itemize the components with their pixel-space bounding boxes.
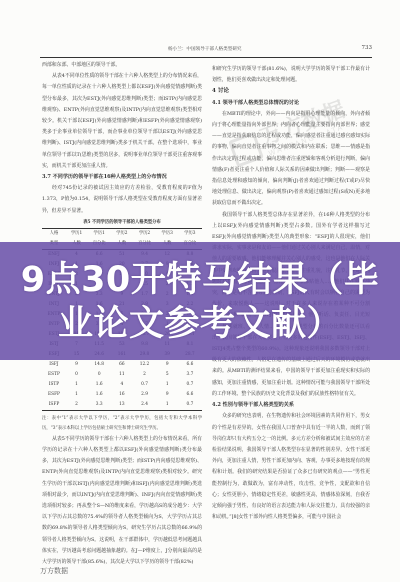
footer-logo: 万方数据 [40, 566, 68, 576]
table-header-cell: 学历3 [178, 228, 202, 239]
table-header-cell: 学历1 [66, 228, 87, 239]
table-cell: 0.7 [132, 380, 156, 390]
table-header-cell: 人格 [42, 228, 66, 239]
paragraph: 在MBTI的理论中，外向——内向是指用心理能量的倾向，外向者倾向于将心理能量指向… [212, 109, 370, 210]
table-cell: 6.6 [178, 360, 202, 370]
header-divider [40, 57, 372, 58]
table-caption: 表5 不同学历的领导干部的人格类型分布 [42, 219, 202, 227]
table-row: ESFP11.6162.996.6 [42, 390, 202, 400]
running-head: 杨小兰：中国领导干部人格类型研究 733 [40, 46, 372, 56]
table-cell: 16 [111, 390, 132, 400]
table-cell: 9 [66, 360, 87, 370]
table-cell: 2 [132, 370, 156, 380]
table-cell: 11 [111, 370, 132, 380]
section-heading-4-2: 4.2 性别与领导干部人格类型的关系 [212, 400, 370, 411]
banner-line-1: 9点30开特马结果（毕 [0, 258, 400, 302]
table-cell: 1.6 [87, 380, 111, 390]
table-cell: 1 [157, 400, 178, 411]
table-cell: 13 [111, 400, 132, 411]
paragraph: 众多的研究也表明，在生物遗传和社会环境因素的共同作用下，男女的个性是有差异的。女… [212, 411, 370, 523]
table-cell: 66 [111, 360, 132, 370]
table-cell: 0 [87, 370, 111, 380]
table-header-cell: 学历2 [111, 228, 132, 239]
promo-banner-title[interactable]: 9点30开特马结果（毕 业论文参考文献） [0, 258, 400, 346]
section-heading-4-1: 4.1 领导干部人格类型总体情况的讨论 [212, 98, 370, 109]
paragraph: 从表5不同学历的领导干部在十六种人格类型上的分布情况来看，所有学历的记录在十六种… [42, 434, 202, 568]
table-cell: 2.9 [132, 390, 156, 400]
table-cell: 1.6 [87, 390, 111, 400]
table-row: ISFP23.3132.410.7 [42, 400, 202, 411]
paragraph: 从表4不同单位性质的领导干部在十六种人格类型上的分布情况来看，每一单位性质的记录… [42, 71, 202, 172]
table-cell: ESTP [42, 370, 66, 380]
table-cell: 0.7 [178, 400, 202, 411]
table-cell: 1 [66, 390, 87, 400]
section-heading-3-7: 3.7 不同学历的领导干部在16种人格类型上的分布情况 [42, 172, 202, 183]
paragraph: 西部和东部、中部地区的领导干部。 [42, 60, 202, 71]
section-heading-4: 4 讨论 [212, 86, 370, 97]
table-cell: 5 [157, 370, 178, 380]
table-cell: 12.2 [132, 360, 156, 370]
table-note: 注：表中“1”表示大学以下学历，“2”表示大学学历，包括大专和大学本科学历，“3… [42, 414, 202, 434]
table-cell: ESFP [42, 390, 66, 400]
table-row: ISTP11.640.710.7 [42, 380, 202, 390]
table-header-row: 人格 学历1 学历1 学历2 学历2 学历3 学历3 [42, 228, 202, 239]
table-cell: 14.8 [87, 360, 111, 370]
table-row: ISFJ914.86612.296.6 [42, 360, 202, 370]
table-cell: 2.4 [132, 400, 156, 411]
table-cell: 6.6 [178, 390, 202, 400]
table-cell: 1 [157, 380, 178, 390]
running-head-title: 杨小兰：中国领导干部人格类型研究 [168, 46, 242, 52]
table-header-cell: 学历2 [132, 228, 156, 239]
table-cell: ISFJ [42, 360, 66, 370]
table-cell: 0.7 [178, 380, 202, 390]
table-cell: 9 [157, 390, 178, 400]
paragraph: 和研究生学历的领导干部(81.6%)，说明大学学历的领导干部工作最有计划性，他们… [212, 64, 370, 86]
page-number: 733 [362, 45, 373, 51]
table-header-cell: 学历3 [157, 228, 178, 239]
table-cell: 2 [66, 400, 87, 411]
table-row: ESTP0011253.7 [42, 370, 202, 380]
table-cell: 1 [66, 380, 87, 390]
table-cell: 3.7 [178, 370, 202, 380]
table-cell: 9 [157, 360, 178, 370]
banner-line-2: 业论文参考文献） [0, 302, 400, 346]
table-cell: 0 [66, 370, 87, 380]
table-cell: ISFP [42, 400, 66, 411]
table-header-cell: 学历1 [87, 228, 111, 239]
paragraph: 经对745份记录的被试因主效应的方差检验，受教育程度的F值为1.373，P值为0… [42, 183, 202, 217]
table-cell: 4 [111, 380, 132, 390]
table-cell: 3.3 [87, 400, 111, 411]
table-cell: ISTP [42, 380, 66, 390]
